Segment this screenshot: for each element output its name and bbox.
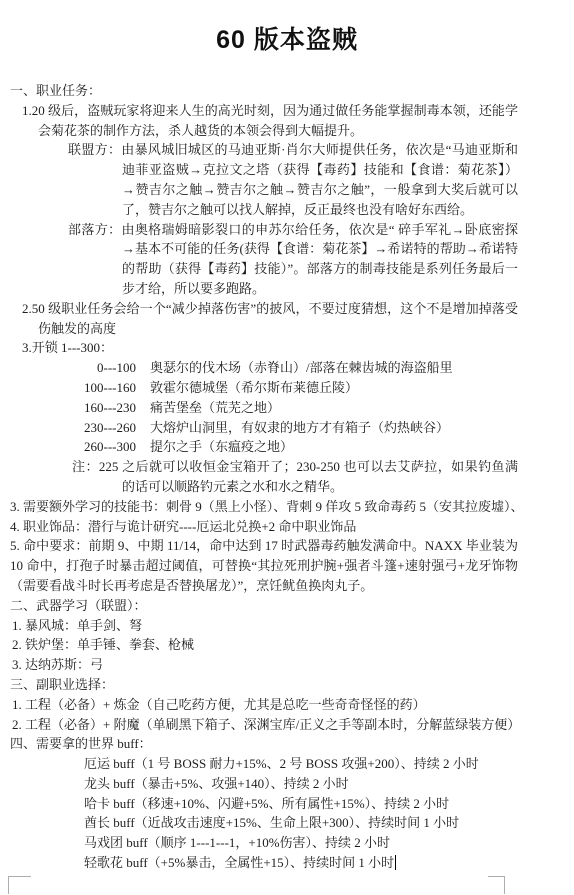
lock-row: 0---100 奥瑟尔的伐木场（赤脊山）/部落在棘齿城的海盗船里 — [0, 358, 518, 378]
profession-item-alchemy: 1. 工程（必备）+ 炼金（自己吃药方便，尤其是总吃一些奇奇怪怪的药） — [0, 695, 518, 715]
section-2-heading: 二、武器学习（联盟）： — [0, 596, 518, 616]
weapon-item-darnassus: 3. 达纳苏斯：弓 — [0, 655, 518, 675]
lock-row: 160---230 痛苦堡垒（荒芜之地） — [0, 398, 518, 418]
lock-range: 260---300 — [78, 437, 136, 457]
hit-requirement-item: 5. 命中要求：前期 9、中期 11/14，命中达到 17 时武器毒药触发满命中… — [0, 536, 518, 595]
skill-books-item: 3. 需要额外学习的技能书：刺骨 9（黑上小怪）、背刺 9 佯攻 5 致命毒药 … — [0, 497, 518, 517]
lockpicking-heading: 3.开锁 1---300： — [0, 338, 518, 358]
lock-location: 奥瑟尔的伐木场（赤脊山）/部落在棘齿城的海盗船里 — [136, 358, 453, 378]
lock-range: 100---160 — [78, 378, 136, 398]
lock-location: 敦霍尔德城堡（希尔斯布莱德丘陵） — [136, 378, 358, 398]
buff-item-circus: 马戏团 buff（顺序 1---1---1，+10%伤害）、持续 2 小时 — [0, 833, 518, 853]
lock-range: 230---260 — [78, 418, 136, 438]
section-1-heading: 一、职业任务： — [0, 81, 518, 101]
weapon-item-stormwind: 1. 暴风城：单手剑、弩 — [0, 616, 518, 636]
buff-text: 马戏团 buff（顺序 1---1---1，+10%伤害）、持续 2 小时 — [84, 835, 390, 850]
weapon-item-ironforge: 2. 铁炉堡：单手锤、拳套、枪械 — [0, 635, 518, 655]
para-class-quest-level20: 1.20 级后，盗贼玩家将迎来人生的高光时刻，因为通过做任务能掌握制毒本领，还能… — [0, 101, 518, 141]
lock-location: 痛苦堡垒（荒芜之地） — [136, 398, 280, 418]
class-trinket-item: 4. 职业饰品：潜行与诡计研究----厄运北兑换+2 命中职业饰品 — [0, 517, 518, 537]
lock-range: 160---230 — [78, 398, 136, 418]
page-margin-mark-right — [488, 876, 505, 894]
section-4-heading: 四、需要拿的世界 buff： — [0, 734, 518, 754]
lock-row: 230---260 大熔炉山洞里，有奴隶的地方才有箱子（灼热峡谷） — [0, 418, 518, 438]
lock-row: 100---160 敦霍尔德城堡（希尔斯布莱德丘陵） — [0, 378, 518, 398]
page-margin-mark-left — [8, 876, 31, 894]
para-alliance-quest: 联盟方：由暴风城旧城区的马迪亚斯·肖尔大师提供任务，依次是“马迪亚斯和迪菲亚盗贼… — [0, 140, 518, 219]
document-body: 一、职业任务： 1.20 级后，盗贼玩家将迎来人生的高光时刻，因为通过做任务能掌… — [0, 81, 574, 873]
lock-location: 大熔炉山洞里，有奴隶的地方才有箱子（灼热峡谷） — [136, 418, 449, 438]
page-title: 60 版本盗贼 — [0, 0, 574, 56]
lock-row: 260---300 提尔之手（东瘟疫之地） — [0, 437, 518, 457]
buff-item-dire-maul: 厄运 buff（1 号 BOSS 耐力+15%、2 号 BOSS 攻强+200）… — [0, 754, 518, 774]
para-level50-cloak: 2.50 级职业任务会给一个“减少掉落伤害”的披风，不要过度猜想，这个不是增加掉… — [0, 299, 518, 339]
buff-item-chieftain: 酋长 buff（近战攻击速度+15%、生命上限+300）、持续时间 1 小时 — [0, 813, 518, 833]
lock-location: 提尔之手（东瘟疫之地） — [136, 437, 293, 457]
buff-item-songflower: 轻歌花 buff（+5%暴击，全属性+15）、持续时间 1 小时 — [0, 853, 518, 873]
lockpicking-note: 注：225 之后就可以收恒金宝箱开了；230-250 也可以去艾萨拉，如果钓鱼满… — [0, 457, 518, 497]
buff-item-hakkar: 哈卡 buff（移速+10%、闪避+5%、所有属性+15%）、持续 2 小时 — [0, 794, 518, 814]
profession-item-enchanting: 2. 工程（必备）+ 附魔（单刷黑下箱子、深渊宝库/正义之手等副本时，分解蓝绿装… — [0, 715, 518, 735]
lock-range: 0---100 — [78, 358, 136, 378]
section-3-heading: 三、副职业选择： — [0, 675, 518, 695]
buff-item-dragon-head: 龙头 buff（暴击+5%、攻强+140）、持续 2 小时 — [0, 774, 518, 794]
para-horde-quest: 部落方：由奥格瑞姆暗影裂口的申苏尔给任务，依次是“ 碎手军礼→卧底密探→基本不可… — [0, 220, 518, 299]
buff-text: 轻歌花 buff（+5%暴击，全属性+15）、持续时间 1 小时 — [84, 855, 394, 870]
document-page[interactable]: 60 版本盗贼 一、职业任务： 1.20 级后，盗贼玩家将迎来人生的高光时刻，因… — [0, 0, 574, 895]
text-cursor — [395, 855, 396, 870]
